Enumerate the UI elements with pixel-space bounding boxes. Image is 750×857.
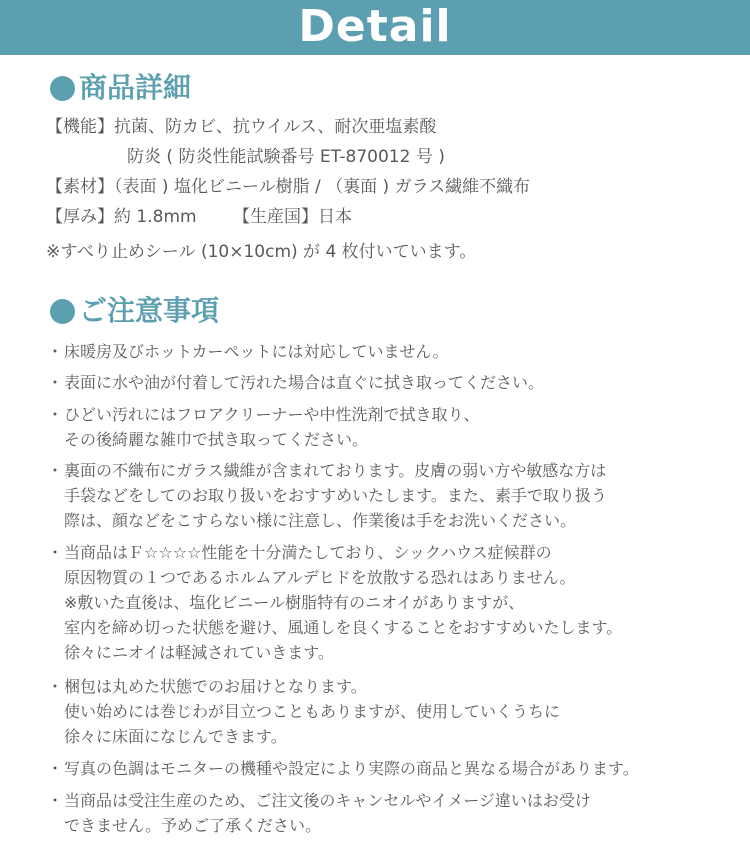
detail-thickness: 【厚み】約 1.8mm <box>46 206 197 228</box>
header-banner: Detail <box>0 0 750 55</box>
details-title: 商品詳細 <box>79 70 191 106</box>
section-title-cautions: ご注意事項 <box>50 293 219 329</box>
header-title: Detail <box>298 0 451 54</box>
caution-item: ・写真の色調はモニターの機種や設定により実際の商品と異なる場合があります。 <box>46 756 639 781</box>
caution-item: ・梱包は丸めた状態でのお届けとなります。 使い始めには巻じわが目立つこともありま… <box>46 674 560 749</box>
caution-item: ・床暖房及びホットカーペットには対応していません。 <box>46 339 448 364</box>
detail-fireproof: 防炎 ( 防炎性能試験番号 ET-870012 号 ) <box>127 146 445 168</box>
caution-item: ・ひどい汚れにはフロアクリーナーや中性洗剤で拭き取り、 その後綺麗な雑巾で拭き取… <box>46 402 480 452</box>
detail-function: 【機能】抗菌、防カビ、抗ウイルス、耐次亜塩素酸 <box>46 116 436 138</box>
cautions-title: ご注意事項 <box>79 293 219 329</box>
caution-item: ・表面に水や油が付着して汚れた場合は直ぐに拭き取ってください。 <box>46 370 544 395</box>
bullet-dot-icon <box>50 299 75 324</box>
detail-note: ※すべり止めシール (10×10cm) が 4 枚付いています。 <box>46 241 476 263</box>
section-title-details: 商品詳細 <box>50 70 191 106</box>
caution-item: ・当商品は受注生産のため、ご注文後のキャンセルやイメージ違いはお受け できません… <box>46 788 591 838</box>
caution-item: ・裏面の不織布にガラス繊維が含まれております。皮膚の弱い方や敏感な方は 手袋など… <box>46 458 607 533</box>
detail-origin: 【生産国】日本 <box>233 206 352 228</box>
detail-material: 【素材】（表面 ) 塩化ビニール樹脂 / （裏面 ) ガラス繊維不織布 <box>46 176 530 198</box>
caution-item: ・当商品はＦ☆☆☆☆性能を十分満たしており、シックハウス症候群の 原因物質の１つ… <box>46 540 622 665</box>
bullet-dot-icon <box>50 76 75 101</box>
